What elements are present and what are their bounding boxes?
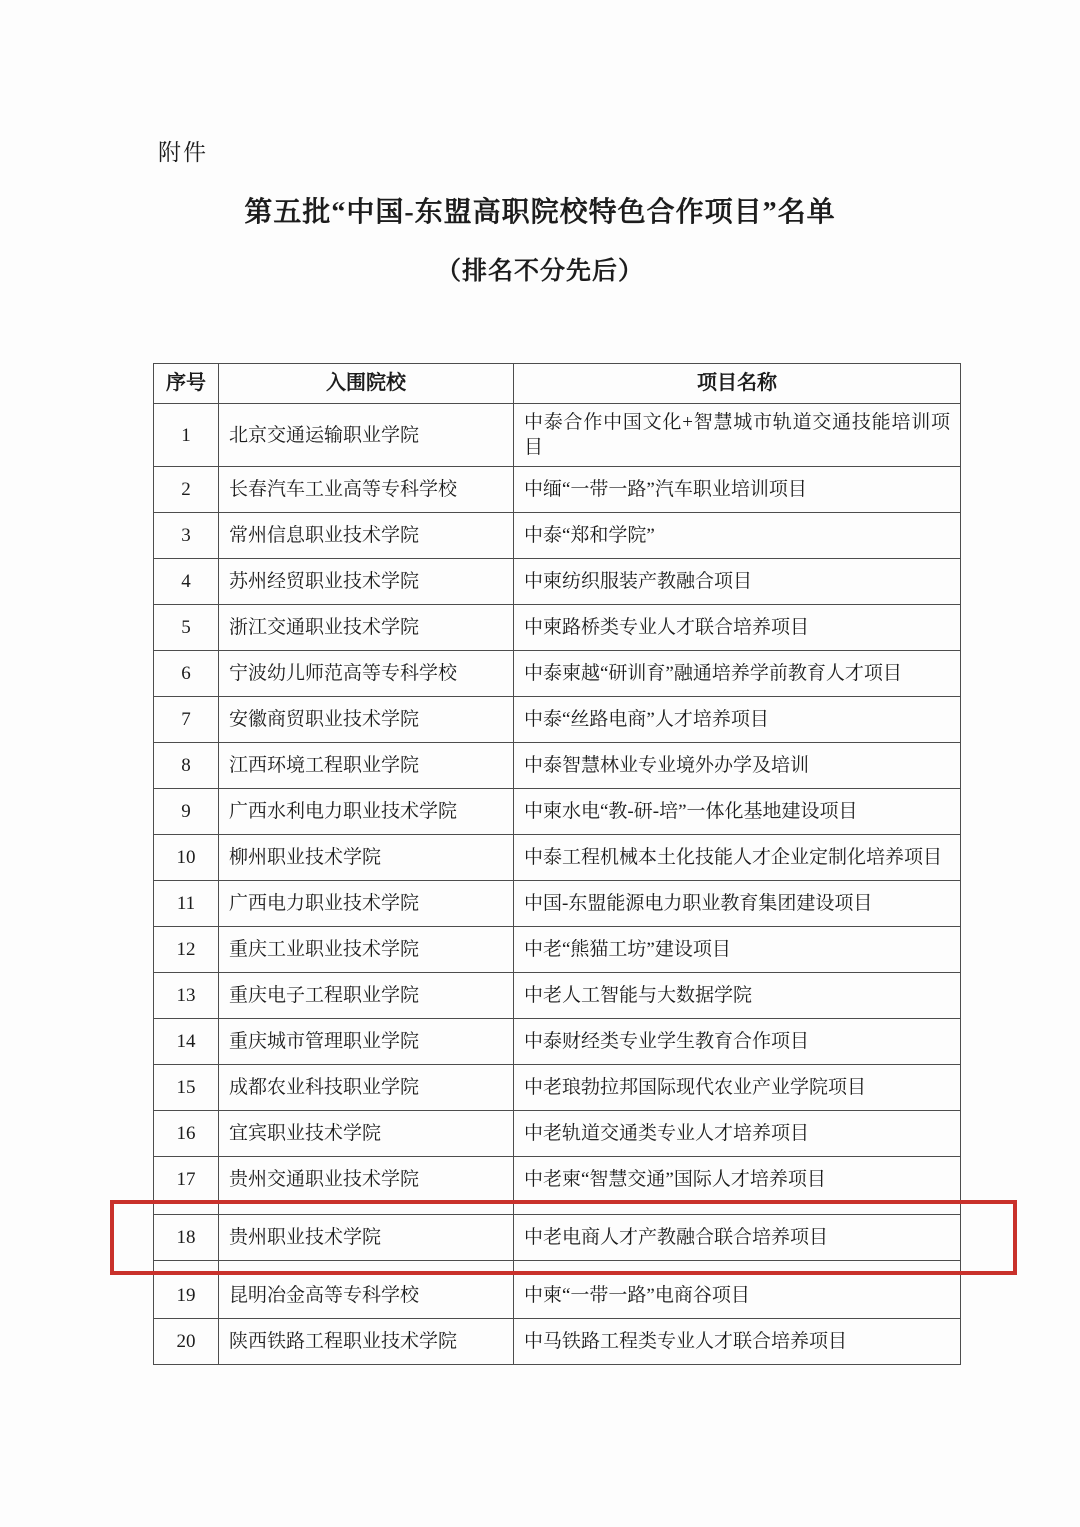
project-name: 中泰财经类专业学生教育合作项目 [514, 1019, 961, 1065]
row-number: 18 [154, 1215, 219, 1261]
project-name: 中泰“郑和学院” [514, 513, 961, 559]
table-row: 7安徽商贸职业技术学院中泰“丝路电商”人才培养项目 [154, 697, 961, 743]
project-name: 中老轨道交通类专业人才培养项目 [514, 1111, 961, 1157]
project-name: 中柬路桥类专业人才联合培养项目 [514, 605, 961, 651]
school-name: 陕西铁路工程职业技术学院 [219, 1319, 514, 1365]
header-row: 序号 入围院校 项目名称 [154, 364, 961, 404]
school-name: 贵州交通职业技术学院 [219, 1157, 514, 1203]
row-number: 12 [154, 927, 219, 973]
table-row: 3常州信息职业技术学院中泰“郑和学院” [154, 513, 961, 559]
row-number: 11 [154, 881, 219, 927]
project-name: 中老人工智能与大数据学院 [514, 973, 961, 1019]
table-row: 6宁波幼儿师范高等专科学校中泰柬越“研训育”融通培养学前教育人才项目 [154, 651, 961, 697]
school-name: 广西电力职业技术学院 [219, 881, 514, 927]
school-name: 贵州职业技术学院 [219, 1215, 514, 1261]
school-name: 安徽商贸职业技术学院 [219, 697, 514, 743]
table-row: 2长春汽车工业高等专科学校中缅“一带一路”汽车职业培训项目 [154, 467, 961, 513]
school-name: 浙江交通职业技术学院 [219, 605, 514, 651]
table-header: 序号 入围院校 项目名称 [154, 364, 961, 404]
school-name: 重庆电子工程职业学院 [219, 973, 514, 1019]
row-number: 15 [154, 1065, 219, 1111]
spacer-row [154, 1203, 961, 1215]
table-row: 15成都农业科技职业学院中老琅勃拉邦国际现代农业产业学院项目 [154, 1065, 961, 1111]
table-row: 1北京交通运输职业学院中泰合作中国文化+智慧城市轨道交通技能培训项目 [154, 404, 961, 467]
project-name: 中泰合作中国文化+智慧城市轨道交通技能培训项目 [514, 404, 961, 467]
school-name: 苏州经贸职业技术学院 [219, 559, 514, 605]
project-name: 中泰智慧林业专业境外办学及培训 [514, 743, 961, 789]
project-name: 中老电商人才产教融合联合培养项目 [514, 1215, 961, 1261]
table-row: 17贵州交通职业技术学院中老柬“智慧交通”国际人才培养项目 [154, 1157, 961, 1203]
results-table: 序号 入围院校 项目名称 1北京交通运输职业学院中泰合作中国文化+智慧城市轨道交… [153, 363, 961, 1365]
row-number: 19 [154, 1273, 219, 1319]
project-name: 中泰工程机械本土化技能人才企业定制化培养项目 [514, 835, 961, 881]
school-name: 宜宾职业技术学院 [219, 1111, 514, 1157]
table-row: 12重庆工业职业技术学院中老“熊猫工坊”建设项目 [154, 927, 961, 973]
school-name: 重庆城市管理职业学院 [219, 1019, 514, 1065]
row-number: 2 [154, 467, 219, 513]
table-row: 18贵州职业技术学院中老电商人才产教融合联合培养项目 [154, 1215, 961, 1261]
school-name: 广西水利电力职业技术学院 [219, 789, 514, 835]
page-subtitle: （排名不分先后） [0, 251, 1080, 287]
row-number: 7 [154, 697, 219, 743]
table-row: 13重庆电子工程职业学院中老人工智能与大数据学院 [154, 973, 961, 1019]
table-row: 4苏州经贸职业技术学院中柬纺织服装产教融合项目 [154, 559, 961, 605]
table-row: 9广西水利电力职业技术学院中柬水电“教-研-培”一体化基地建设项目 [154, 789, 961, 835]
project-name: 中柬水电“教-研-培”一体化基地建设项目 [514, 789, 961, 835]
project-name: 中泰“丝路电商”人才培养项目 [514, 697, 961, 743]
header-school: 入围院校 [219, 364, 514, 404]
table-row: 5浙江交通职业技术学院中柬路桥类专业人才联合培养项目 [154, 605, 961, 651]
table-row: 10柳州职业技术学院中泰工程机械本土化技能人才企业定制化培养项目 [154, 835, 961, 881]
row-number: 20 [154, 1319, 219, 1365]
table-row: 20陕西铁路工程职业技术学院中马铁路工程类专业人才联合培养项目 [154, 1319, 961, 1365]
project-name: 中柬纺织服装产教融合项目 [514, 559, 961, 605]
school-name: 重庆工业职业技术学院 [219, 927, 514, 973]
row-number: 9 [154, 789, 219, 835]
project-name: 中老柬“智慧交通”国际人才培养项目 [514, 1157, 961, 1203]
project-name: 中缅“一带一路”汽车职业培训项目 [514, 467, 961, 513]
spacer-row [154, 1261, 961, 1273]
school-name: 江西环境工程职业学院 [219, 743, 514, 789]
project-name: 中国-东盟能源电力职业教育集团建设项目 [514, 881, 961, 927]
row-number: 14 [154, 1019, 219, 1065]
row-number: 8 [154, 743, 219, 789]
school-name: 长春汽车工业高等专科学校 [219, 467, 514, 513]
row-number: 1 [154, 404, 219, 467]
header-project: 项目名称 [514, 364, 961, 404]
table-row: 16宜宾职业技术学院中老轨道交通类专业人才培养项目 [154, 1111, 961, 1157]
project-name: 中泰柬越“研训育”融通培养学前教育人才项目 [514, 651, 961, 697]
table-row: 14重庆城市管理职业学院中泰财经类专业学生教育合作项目 [154, 1019, 961, 1065]
school-name: 宁波幼儿师范高等专科学校 [219, 651, 514, 697]
school-name: 成都农业科技职业学院 [219, 1065, 514, 1111]
page-title: 第五批“中国-东盟高职院校特色合作项目”名单 [0, 190, 1080, 230]
header-serial-number: 序号 [154, 364, 219, 404]
school-name: 常州信息职业技术学院 [219, 513, 514, 559]
project-name: 中老“熊猫工坊”建设项目 [514, 927, 961, 973]
school-name: 昆明冶金高等专科学校 [219, 1273, 514, 1319]
attachment-label: 附件 [158, 134, 208, 167]
row-number: 5 [154, 605, 219, 651]
school-name: 柳州职业技术学院 [219, 835, 514, 881]
table-row: 8江西环境工程职业学院中泰智慧林业专业境外办学及培训 [154, 743, 961, 789]
row-number: 3 [154, 513, 219, 559]
project-name: 中老琅勃拉邦国际现代农业产业学院项目 [514, 1065, 961, 1111]
school-name: 北京交通运输职业学院 [219, 404, 514, 467]
table-row: 11广西电力职业技术学院中国-东盟能源电力职业教育集团建设项目 [154, 881, 961, 927]
results-table-wrap: 序号 入围院校 项目名称 1北京交通运输职业学院中泰合作中国文化+智慧城市轨道交… [153, 363, 960, 1365]
row-number: 6 [154, 651, 219, 697]
row-number: 17 [154, 1157, 219, 1203]
table-body: 1北京交通运输职业学院中泰合作中国文化+智慧城市轨道交通技能培训项目2长春汽车工… [154, 404, 961, 1365]
row-number: 13 [154, 973, 219, 1019]
table-row: 19昆明冶金高等专科学校中柬“一带一路”电商谷项目 [154, 1273, 961, 1319]
row-number: 16 [154, 1111, 219, 1157]
document-page: 附件 第五批“中国-东盟高职院校特色合作项目”名单 （排名不分先后） 序号 入围… [0, 0, 1080, 1527]
row-number: 10 [154, 835, 219, 881]
project-name: 中马铁路工程类专业人才联合培养项目 [514, 1319, 961, 1365]
project-name: 中柬“一带一路”电商谷项目 [514, 1273, 961, 1319]
row-number: 4 [154, 559, 219, 605]
